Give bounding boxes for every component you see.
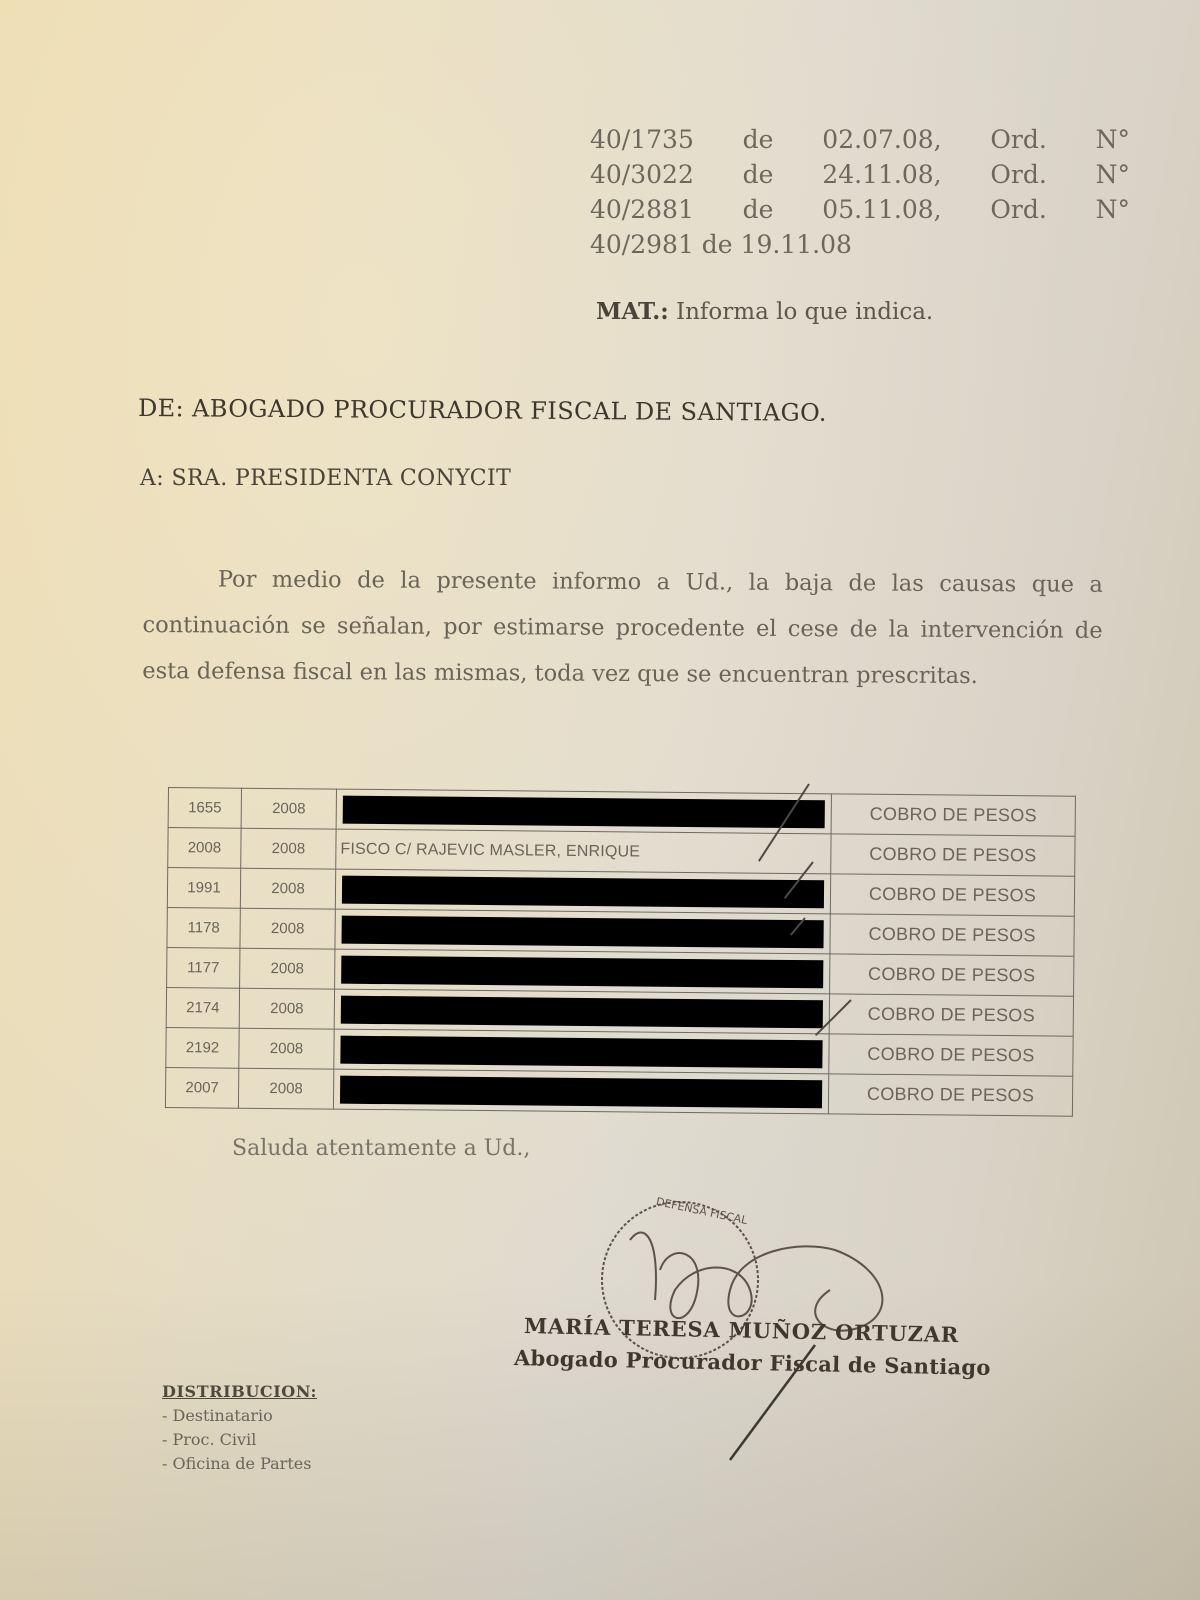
redaction-bar: [341, 955, 823, 988]
ref-number: 40/1735: [590, 122, 694, 157]
ref-number: 40/2881: [590, 192, 694, 227]
cause-year-cell: 2008: [238, 1068, 333, 1109]
cause-matter-cell: COBRO DE PESOS: [831, 794, 1075, 836]
subject-text: Informa lo que indica.: [676, 299, 933, 325]
cause-rol-cell: 2192: [166, 1027, 239, 1068]
cause-rol-cell: 1991: [167, 868, 240, 909]
distribution-list: DISTRIBUCION: - Destinatario - Proc. Civ…: [162, 1380, 317, 1476]
ref-de: de: [743, 157, 774, 192]
cause-matter-cell: COBRO DE PESOS: [829, 1034, 1073, 1076]
signatory-name: MARÍA TERESA MUÑOZ ORTUZAR: [524, 1313, 960, 1347]
distribution-item: - Proc. Civil: [162, 1428, 317, 1452]
cause-rol-cell: 1655: [168, 788, 241, 829]
ref-no: N°: [1096, 122, 1130, 157]
reference-line: 40/1735 de 02.07.08, Ord. N°: [590, 122, 1130, 157]
reference-line: 40/3022 de 24.11.08, Ord. N°: [590, 157, 1130, 192]
cause-rol-cell: 2008: [168, 828, 241, 869]
redaction-bar: [343, 795, 825, 828]
reference-block: 40/1735 de 02.07.08, Ord. N° 40/3022 de …: [590, 122, 1130, 262]
cause-year-cell: 2008: [241, 788, 336, 829]
cause-party-cell: [334, 1029, 829, 1074]
causes-table: 16552008COBRO DE PESOS20082008FISCO C/ R…: [165, 787, 1076, 1117]
redaction-bar: [341, 995, 823, 1028]
ref-number: 40/3022: [590, 157, 694, 192]
cause-year-cell: 2008: [239, 1028, 334, 1069]
distribution-item: - Oficina de Partes: [162, 1452, 317, 1476]
reference-line-last: 40/2981 de 19.11.08: [590, 227, 1130, 262]
redaction-bar: [340, 1075, 822, 1108]
cause-matter-cell: COBRO DE PESOS: [831, 834, 1075, 876]
cause-party-cell: [335, 909, 830, 954]
cause-year-cell: 2008: [240, 868, 335, 909]
closing-salutation: Saluda atentamente a Ud.,: [232, 1136, 530, 1161]
ref-no: N°: [1096, 157, 1130, 192]
cause-party-cell: FISCO C/ RAJEVIC MASLER, ENRIQUE: [336, 829, 831, 874]
ref-date: 24.11.08,: [822, 157, 941, 192]
to-line: A: SRA. PRESIDENTA CONYCIT: [140, 466, 511, 491]
subject-line: MAT.: Informa lo que indica.: [596, 298, 933, 325]
table-row: 20072008COBRO DE PESOS: [165, 1067, 1072, 1116]
redaction-bar: [342, 915, 824, 948]
ref-de: de: [743, 122, 774, 157]
cause-year-cell: 2008: [240, 908, 335, 949]
cause-matter-cell: COBRO DE PESOS: [829, 994, 1073, 1036]
ref-ord: Ord.: [990, 192, 1046, 227]
stamp-inner-arc: [630, 1233, 656, 1301]
ref-ord: Ord.: [990, 157, 1046, 192]
stamp-text: DEFENSA FISCAL: [655, 1195, 750, 1227]
body-paragraph: Por medio de la presente informo a Ud., …: [142, 556, 1103, 700]
cause-matter-cell: COBRO DE PESOS: [830, 914, 1074, 956]
redaction-bar: [340, 1035, 822, 1068]
cause-matter-cell: COBRO DE PESOS: [828, 1074, 1072, 1116]
cause-year-cell: 2008: [239, 988, 334, 1029]
cause-matter-cell: COBRO DE PESOS: [830, 954, 1074, 996]
cause-party-cell: [336, 789, 831, 834]
ref-date: 05.11.08,: [822, 192, 941, 227]
cause-matter-cell: COBRO DE PESOS: [830, 874, 1074, 916]
distribution-title: DISTRIBUCION:: [162, 1380, 317, 1404]
ref-date: 02.07.08,: [822, 122, 941, 157]
ref-ord: Ord.: [990, 122, 1046, 157]
causes-table-body: 16552008COBRO DE PESOS20082008FISCO C/ R…: [165, 788, 1075, 1117]
cause-party-cell: [335, 949, 830, 994]
redaction-bar: [342, 875, 824, 908]
cause-party-cell: [334, 989, 829, 1034]
ref-no: N°: [1096, 192, 1130, 227]
cause-rol-cell: 2174: [166, 987, 239, 1028]
reference-line: 40/2881 de 05.11.08, Ord. N°: [590, 192, 1130, 227]
from-line: DE: ABOGADO PROCURADOR FISCAL DE SANTIAG…: [138, 394, 827, 427]
cause-rol-cell: 1178: [167, 907, 240, 948]
ref-de: de: [743, 192, 774, 227]
cause-year-cell: 2008: [241, 828, 336, 869]
subject-label: MAT.:: [596, 298, 669, 325]
signatory-title: Abogado Procurador Fiscal de Santiago: [514, 1345, 991, 1380]
cause-rol-cell: 2007: [165, 1067, 238, 1108]
cause-year-cell: 2008: [240, 948, 335, 989]
cause-rol-cell: 1177: [167, 947, 240, 988]
cause-party-cell: [333, 1069, 828, 1114]
distribution-item: - Destinatario: [162, 1404, 317, 1428]
cause-party-cell: [335, 869, 830, 914]
